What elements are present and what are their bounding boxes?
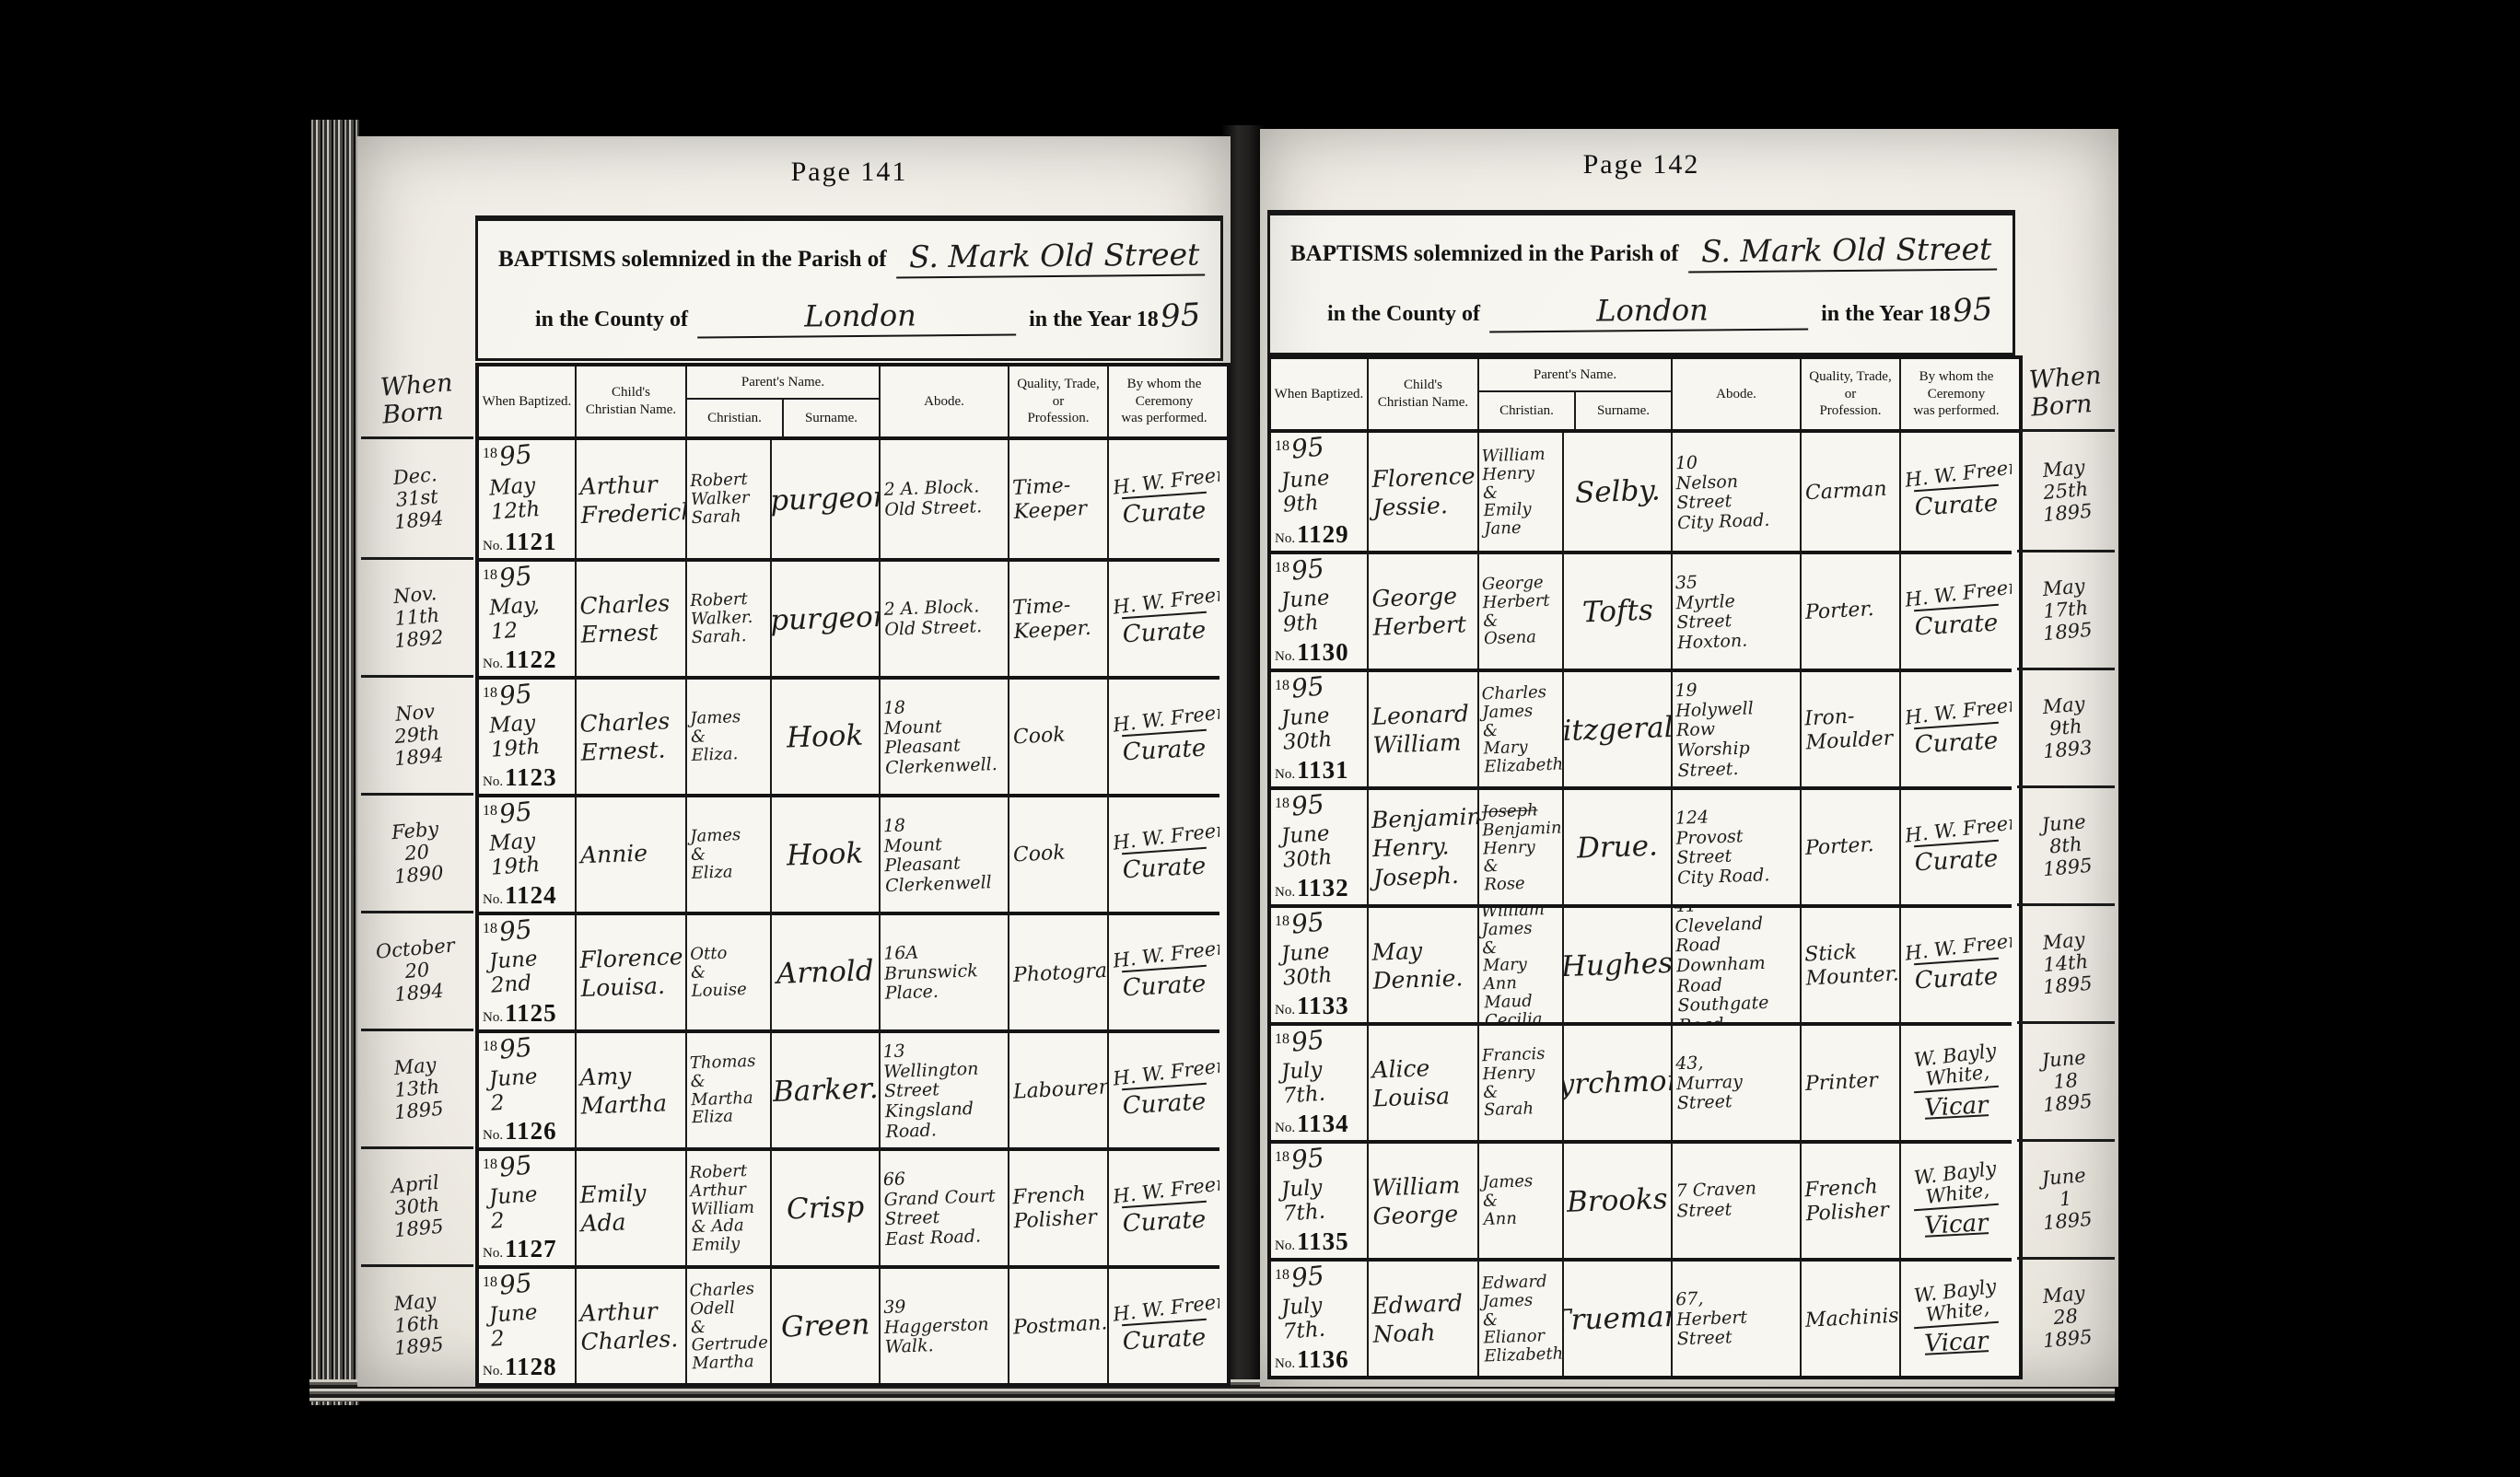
child-name-script: Annie [579, 839, 647, 870]
entry-number: No.1128 [483, 1355, 571, 1379]
child-name-script: LeonardWilliam [1371, 699, 1471, 760]
year-script: 95 [1160, 297, 1201, 335]
performer-title-script: Vicar [1904, 1326, 2008, 1359]
county-year-line: in the County of London in the Year 18 9… [1290, 292, 1992, 331]
child-name-script: ArthurCharles. [579, 1296, 679, 1356]
parents-christian-cell: RobertArthurWilliam& AdaEmily [687, 1147, 772, 1265]
entry-number: No.1135 [1275, 1230, 1363, 1254]
parents-christian-script: RobertArthurWilliam& AdaEmily [689, 1161, 755, 1254]
parents-christian-cell: WilliamHenry&EmilyJane [1479, 433, 1564, 551]
surname-script: Hook [787, 720, 864, 754]
profession-script: Labourer [1012, 1076, 1109, 1105]
child-name-cell: AmyMartha [577, 1029, 687, 1147]
register-header: BAPTISMS solemnized in the Parish of S. … [475, 215, 1223, 361]
child-name-script: ArthurFrederick [579, 469, 687, 530]
parents-christian-script: James&Eliza. [690, 708, 742, 764]
performer-signature: H. W. FreemanCurate [1113, 827, 1216, 882]
col-parents-name-title: Parent's Name. [1479, 359, 1671, 392]
baptism-date-script: June2 [481, 1299, 572, 1353]
baptism-date-script: June9th [1273, 465, 1364, 518]
abode-cell: 16ABrunswickPlace. [881, 912, 1009, 1029]
year-script: 95 [1952, 291, 1993, 330]
parents-christian-script: CharlesOdell&GertrudeMartha [689, 1279, 769, 1373]
baptized-cell: 1895May,12No.1122 [479, 558, 577, 676]
abode-cell: 10Nelson StreetCity Road. [1673, 433, 1802, 551]
profession-cell: Labourer [1009, 1029, 1109, 1147]
entry-number: No.1125 [483, 1002, 571, 1026]
col-parent-christian: Christian. [1479, 392, 1576, 429]
entry-no-label: No. [483, 657, 503, 672]
entry-number: No.1134 [1275, 1112, 1363, 1136]
entry-number: No.1132 [1275, 877, 1363, 901]
abode-script: 67,HerbertStreet [1675, 1287, 1748, 1350]
table-body: 1895May 12thNo.1121ArthurFrederickRobert… [479, 440, 1227, 1383]
entry-no-label: No. [483, 539, 503, 554]
baptism-year-script: 95 [1290, 910, 1325, 936]
baptism-year: 1895 [1275, 676, 1363, 699]
abode-script: 10Nelson StreetCity Road. [1675, 449, 1798, 533]
baptism-year-script: 95 [1290, 556, 1325, 583]
county-label: in the County of [1327, 302, 1480, 327]
born-cell: May25th1895 [2017, 432, 2115, 550]
parents-christian-script: EdwardJames&ElianorElizabeth [1481, 1272, 1563, 1366]
born-cell: Nov.11th1892 [361, 557, 473, 675]
baptism-year: 1895 [483, 444, 571, 467]
col-when-baptized: When Baptized. [1271, 359, 1369, 429]
baptism-year: 1895 [1275, 794, 1363, 817]
performer-cell: W. BaylyWhite,Vicar [1901, 1022, 2012, 1140]
table-header-row: When Baptized. Child's Christian Name. P… [1271, 359, 2019, 433]
col-abode: Abode. [1673, 359, 1802, 429]
entry-no-value: 1130 [1297, 641, 1349, 663]
baptism-date-script: May19th [481, 710, 572, 763]
abode-script: 41Cleveland RoadDownham RoadSouthgate Ro… [1674, 904, 1798, 1022]
entry-no-value: 1133 [1297, 994, 1349, 1017]
when-born-header-script: When Born [2028, 363, 2104, 423]
col-parents-subheader: Christian. Surname. [687, 400, 879, 436]
entry-number: No.1130 [1275, 641, 1363, 665]
performer-signature: W. BaylyWhite,Vicar [1905, 1281, 2008, 1356]
abode-cell: 41Cleveland RoadDownham RoadSouthgate Ro… [1673, 904, 1802, 1022]
entry-number: No.1127 [483, 1238, 571, 1262]
profession-script: Iron-Moulder [1804, 703, 1894, 756]
col-by-whom-ceremony: By whom the Ceremony was performed. [1109, 366, 1219, 436]
abode-script: 18Mount PleasantClerkenwell [883, 812, 1006, 896]
baptized-cell: 1895June2No.1128 [479, 1265, 577, 1383]
baptism-year-script: 95 [498, 1035, 533, 1062]
entry-no-label: No. [1275, 767, 1295, 783]
performer-title-script: Curate [1112, 616, 1216, 649]
performer-signature: H. W. FreemanCurate [1113, 471, 1216, 527]
baptism-year: 1895 [1275, 1029, 1363, 1053]
baptism-year: 1895 [483, 683, 571, 706]
entry-no-value: 1129 [1297, 523, 1349, 545]
abode-cell: 18Mount PleasantClerkenwell. [881, 676, 1009, 794]
child-name-cell: BenjaminHenry.Joseph. [1369, 786, 1479, 904]
parents-christian-cell: FrancisHenry&Sarah [1479, 1022, 1564, 1140]
entry-no-value: 1136 [1297, 1348, 1349, 1370]
profession-cell: Carman [1802, 433, 1901, 551]
child-name-script: WilliamGeorge [1371, 1170, 1462, 1231]
profession-cell: Printer [1802, 1022, 1901, 1140]
col-abode: Abode. [881, 366, 1009, 436]
profession-cell: Cook [1009, 794, 1109, 912]
parents-christian-script: CharlesJames&MaryElizabeth [1481, 682, 1563, 776]
year-label: in the Year 18 [1821, 302, 1951, 327]
surname-cell: Byrchmore [1564, 1022, 1673, 1140]
surname-script: Tofts [1581, 595, 1653, 629]
born-cell: May9th1893 [2017, 668, 2115, 785]
baptisms-table: When Baptized. Child's Christian Name. P… [475, 363, 1231, 1387]
born-cell: June8th1895 [2017, 785, 2115, 903]
entry-no-label: No. [483, 774, 503, 790]
performer-cell: H. W. FreemanCurate [1109, 558, 1219, 676]
surname-script: Byrchmore [1564, 1064, 1673, 1101]
surname-cell: Trueman [1564, 1258, 1673, 1376]
printed-year-prefix: 18 [1275, 558, 1289, 576]
born-cell: June181895 [2017, 1021, 2115, 1139]
performer-title-script: Curate [1904, 609, 2008, 642]
born-cell: May281895 [2017, 1257, 2115, 1375]
abode-script: 18Mount PleasantClerkenwell. [883, 694, 1006, 778]
parents-christian-script: WilliamJames&Mary AnnMaudCecilia [1481, 904, 1561, 1022]
when-born-cells: May25th1895May17th1895May9th1893June8th1… [2017, 432, 2115, 1375]
entry-number: No.1126 [483, 1120, 571, 1144]
printed-year-prefix: 18 [1275, 1265, 1289, 1284]
baptism-year-script: 95 [1290, 1146, 1325, 1172]
born-cell: Feby201890 [361, 793, 473, 911]
right-page: Page 142 BAPTISMS solemnized in the Pari… [1260, 129, 2118, 1387]
born-cell: Nov29th1894 [361, 675, 473, 793]
born-date-script: October201894 [375, 935, 460, 1008]
born-date-script: May9th1893 [2038, 692, 2094, 763]
left-page: Page 141 BAPTISMS solemnized in the Pari… [357, 136, 1231, 1387]
child-name-cell: GeorgeHerbert [1369, 551, 1479, 669]
baptism-date-script: June9th [1273, 585, 1364, 638]
parents-christian-cell: James&Eliza. [687, 676, 772, 794]
parish-line: BAPTISMS solemnized in the Parish of S. … [498, 238, 1200, 277]
entry-no-value: 1127 [505, 1238, 557, 1260]
profession-script: Photographer. [1012, 957, 1109, 989]
profession-cell: Porter. [1802, 551, 1901, 669]
born-date-script: April30th1895 [390, 1171, 445, 1242]
surname-cell: Brooks [1564, 1140, 1673, 1258]
profession-script: Time-Keeper. [1012, 592, 1092, 645]
abode-cell: 13WellingtonStreetKingsland Road. [881, 1029, 1009, 1147]
abode-script: 13WellingtonStreetKingsland Road. [882, 1039, 1006, 1143]
entry-no-value: 1123 [505, 766, 557, 788]
performer-title-script: Vicar [1904, 1090, 2008, 1123]
baptism-year-script: 95 [498, 1271, 533, 1297]
parish-name-script: S. Mark Old Street [1687, 231, 1997, 273]
baptism-year-script: 95 [498, 564, 533, 590]
parents-christian-script: GeorgeHerbert&Osena [1482, 574, 1552, 649]
parents-christian-cell: James&Ann [1479, 1140, 1564, 1258]
performer-title-script: Curate [1112, 1323, 1216, 1356]
profession-script: Porter. [1804, 833, 1874, 861]
profession-script: Postman. [1012, 1311, 1108, 1341]
child-name-cell: FlorenceLouisa. [577, 912, 687, 1029]
abode-script: 2 A. Block.Old Street. [883, 598, 982, 641]
child-name-cell: FlorenceJessie. [1369, 433, 1479, 551]
performer-cell: H. W. FreemanCurate [1901, 551, 2012, 669]
register-title: BAPTISMS solemnized in the Parish of [1290, 241, 1679, 267]
year-label: in the Year 18 [1029, 308, 1159, 332]
parents-christian-script: Otto&Louise [690, 944, 747, 1000]
when-born-header: When Born [361, 363, 473, 439]
baptism-year-script: 95 [1290, 435, 1325, 461]
baptism-year-script: 95 [1290, 1028, 1325, 1054]
abode-script: 43,MurrayStreet [1675, 1052, 1744, 1113]
abode-cell: 19HolywellRowWorship Street. [1673, 669, 1802, 786]
surname-cell: Hook [772, 794, 881, 912]
entry-no-label: No. [1275, 1239, 1295, 1254]
county-script: London [697, 297, 1016, 338]
baptism-year: 1895 [483, 1037, 571, 1060]
surname-cell: Hughes [1564, 904, 1673, 1022]
profession-cell: Iron-Moulder [1802, 669, 1901, 786]
performer-title-script: Curate [1904, 962, 2008, 995]
baptism-date-script: June30th [1273, 703, 1364, 756]
performer-signature: H. W. FreemanCurate [1113, 945, 1216, 1000]
baptism-year: 1895 [1275, 1265, 1363, 1288]
child-name-script: EdwardNoah [1371, 1288, 1464, 1349]
performer-title-script: Curate [1112, 970, 1216, 1003]
child-name-script: BenjaminHenry.Joseph. [1371, 802, 1479, 892]
parents-christian-cell: RobertWalker.Sarah. [687, 558, 772, 676]
performer-cell: H. W. FreemanCurate [1109, 676, 1219, 794]
surname-cell: Drue. [1564, 786, 1673, 904]
performer-signature: H. W. FreemanCurate [1113, 709, 1216, 764]
abode-cell: 2 A. Block.Old Street. [881, 440, 1009, 558]
baptism-year-script: 95 [1290, 792, 1325, 819]
printed-year-prefix: 18 [1275, 912, 1289, 930]
baptized-cell: 1895June30thNo.1133 [1271, 904, 1369, 1022]
col-quality-trade-profession: Quality, Trade, or Profession. [1009, 366, 1109, 436]
child-name-cell: AliceLouisa [1369, 1022, 1479, 1140]
baptized-cell: 1895June9thNo.1130 [1271, 551, 1369, 669]
abode-cell: 18Mount PleasantClerkenwell [881, 794, 1009, 912]
surname-cell: Arnold [772, 912, 881, 1029]
child-name-cell: ArthurCharles. [577, 1265, 687, 1383]
col-parents-name-group: Parent's Name. Christian. Surname. [1479, 359, 1673, 429]
profession-script: Printer [1804, 1069, 1878, 1097]
baptism-year: 1895 [483, 919, 571, 942]
col-parent-surname: Surname. [1576, 392, 1671, 429]
parents-christian-cell: CharlesOdell&GertrudeMartha [687, 1265, 772, 1383]
abode-script: 39HaggerstonWalk. [883, 1295, 990, 1358]
printed-year-prefix: 18 [1275, 1029, 1289, 1048]
profession-cell: Time-Keeper [1009, 440, 1109, 558]
born-date-script: Dec.31st1894 [390, 463, 445, 534]
born-cell: May13th1895 [361, 1029, 473, 1146]
baptized-cell: 1895June2No.1126 [479, 1029, 577, 1147]
when-born-header: When Born [2017, 355, 2115, 432]
book-page-edges [309, 120, 359, 1405]
performer-cell: H. W. FreemanCurate [1109, 1265, 1219, 1383]
born-date-script: June11895 [2038, 1164, 2094, 1235]
performer-signature: H. W. FreemanCurate [1905, 584, 2008, 639]
baptism-date-script: July7th. [1273, 1056, 1364, 1110]
baptism-year: 1895 [483, 1273, 571, 1296]
surname-script: Brooks [1567, 1183, 1669, 1218]
entry-number: No.1122 [483, 648, 571, 672]
surname-script: Arnold [776, 955, 875, 990]
born-date-script: Nov.11th1892 [390, 582, 445, 653]
performer-title-script: Vicar [1904, 1208, 2008, 1241]
printed-year-prefix: 18 [483, 444, 497, 462]
abode-script: 19HolywellRowWorship Street. [1674, 678, 1798, 782]
baptism-year-script: 95 [498, 1153, 533, 1180]
child-name-cell: MayDennie. [1369, 904, 1479, 1022]
surname-cell: Selby. [1564, 433, 1673, 551]
entry-number: No.1121 [483, 530, 571, 554]
child-name-cell: CharlesErnest. [577, 676, 687, 794]
entry-number: No.1123 [483, 766, 571, 790]
abode-cell: 66Grand CourtStreetEast Road. [881, 1147, 1009, 1265]
profession-cell: Time-Keeper. [1009, 558, 1109, 676]
printed-year-prefix: 18 [1275, 436, 1289, 455]
printed-year-prefix: 18 [483, 801, 497, 820]
performer-title-script: Curate [1904, 489, 2008, 522]
entry-no-label: No. [483, 892, 503, 908]
surname-script: Trueman [1564, 1300, 1673, 1336]
printed-year-prefix: 18 [1275, 794, 1289, 812]
printed-year-prefix: 18 [483, 1155, 497, 1173]
baptism-date-script: July7th. [1273, 1174, 1364, 1227]
parents-christian-script: JosephBenjaminHenry&Rose [1481, 800, 1564, 894]
parish-line: BAPTISMS solemnized in the Parish of S. … [1290, 232, 1992, 272]
surname-script: Spurgeon. [772, 481, 881, 518]
performer-cell: H. W. FreemanCurate [1109, 1147, 1219, 1265]
col-parent-surname: Surname. [784, 400, 879, 436]
profession-cell: Machinist [1802, 1258, 1901, 1376]
abode-cell: 39HaggerstonWalk. [881, 1265, 1009, 1383]
county-label: in the County of [535, 308, 688, 332]
performer-signature: H. W. FreemanCurate [1905, 464, 2008, 519]
profession-cell: Porter. [1802, 786, 1901, 904]
born-date-script: May17th1895 [2038, 575, 2094, 645]
baptized-cell: 1895May19thNo.1124 [479, 794, 577, 912]
page-number: Page 142 [1267, 149, 2015, 180]
born-cell: May17th1895 [2017, 550, 2115, 668]
baptism-year: 1895 [1275, 436, 1363, 459]
parents-christian-cell: WilliamJames&Mary AnnMaudCecilia [1479, 904, 1564, 1022]
register-header: BAPTISMS solemnized in the Parish of S. … [1267, 210, 2015, 355]
printed-year-prefix: 18 [483, 683, 497, 702]
baptism-year-script: 95 [498, 442, 533, 469]
baptized-cell: 1895June30thNo.1132 [1271, 786, 1369, 904]
parents-christian-cell: GeorgeHerbert&Osena [1479, 551, 1564, 669]
col-when-baptized: When Baptized. [479, 366, 577, 436]
abode-cell: 2 A. Block.Old Street. [881, 558, 1009, 676]
profession-cell: Photographer. [1009, 912, 1109, 1029]
performer-signature: H. W. FreemanCurate [1113, 1180, 1216, 1236]
profession-cell: FrenchPolisher [1009, 1147, 1109, 1265]
performer-signature: H. W. FreemanCurate [1113, 1063, 1216, 1118]
table-header-row: When Baptized. Child's Christian Name. P… [479, 366, 1227, 440]
child-name-script: CharlesErnest [579, 588, 671, 649]
entry-no-value: 1122 [505, 648, 557, 670]
entry-no-value: 1124 [505, 884, 557, 906]
performer-cell: H. W. FreemanCurate [1109, 1029, 1219, 1147]
profession-cell: Postman. [1009, 1265, 1109, 1383]
entry-no-label: No. [483, 1364, 503, 1379]
surname-script: Selby. [1574, 474, 1661, 508]
performer-name-script: W. BaylyWhite, [1903, 1157, 2011, 1209]
parents-christian-script: James&Eliza [690, 826, 742, 882]
baptized-cell: 1895May 12thNo.1121 [479, 440, 577, 558]
surname-script: Fitzgerald [1564, 711, 1673, 748]
entry-number: No.1129 [1275, 523, 1363, 547]
performer-signature: H. W. FreemanCurate [1905, 702, 2008, 757]
surname-cell: Fitzgerald [1564, 669, 1673, 786]
baptized-cell: 1895June9thNo.1129 [1271, 433, 1369, 551]
child-name-script: CharlesErnest. [579, 706, 671, 767]
entry-no-label: No. [1275, 649, 1295, 665]
parents-christian-script: RobertWalkerSarah [690, 471, 751, 528]
baptism-date-script: June2 [481, 1064, 572, 1117]
profession-script: Porter. [1804, 598, 1874, 625]
baptism-year-script: 95 [1290, 674, 1325, 701]
surname-cell: Green [772, 1265, 881, 1383]
entry-no-label: No. [1275, 885, 1295, 901]
born-date-script: May16th1895 [390, 1289, 445, 1360]
child-name-script: GeorgeHerbert [1371, 581, 1466, 642]
scanned-baptism-register-spread: Page 141 BAPTISMS solemnized in the Pari… [0, 0, 2520, 1477]
born-cell: April30th1895 [361, 1146, 473, 1264]
born-date-script: Nov29th1894 [390, 700, 445, 771]
register-title: BAPTISMS solemnized in the Parish of [498, 247, 887, 273]
baptized-cell: 1895June2ndNo.1125 [479, 912, 577, 1029]
entry-number: No.1124 [483, 884, 571, 908]
performer-title-script: Curate [1112, 496, 1216, 529]
performer-name-script: W. BaylyWhite, [1903, 1039, 2011, 1091]
performer-name-script: W. BaylyWhite, [1903, 1274, 2011, 1327]
parents-christian-script: Thomas&MarthaEliza [690, 1053, 758, 1128]
entry-no-label: No. [1275, 1121, 1295, 1136]
entry-no-value: 1132 [1297, 877, 1349, 899]
county-script: London [1489, 291, 1808, 332]
child-name-script: FlorenceLouisa. [579, 942, 684, 1003]
surname-script: Hook [787, 838, 864, 872]
abode-cell: 67,HerbertStreet [1673, 1258, 1802, 1376]
profession-cell: StickMounter. [1802, 904, 1901, 1022]
born-date-script: May13th1895 [390, 1053, 445, 1124]
child-name-cell: EmilyAda [577, 1147, 687, 1265]
baptism-date-script: June2 [481, 1181, 572, 1235]
surname-script: Hughes [1564, 948, 1673, 983]
page-number: Page 141 [475, 157, 1223, 188]
parents-christian-cell: JosephBenjaminHenry&Rose [1479, 786, 1564, 904]
born-date-script: June181895 [2038, 1046, 2094, 1117]
performer-signature: W. BaylyWhite,Vicar [1905, 1163, 2008, 1239]
profession-script: StickMounter. [1804, 938, 1900, 992]
baptism-date-script: July7th. [1273, 1292, 1364, 1345]
parish-name-script: S. Mark Old Street [895, 237, 1205, 279]
born-cell: May14th1895 [2017, 903, 2115, 1021]
parents-christian-cell: Otto&Louise [687, 912, 772, 1029]
parents-christian-script: RobertWalker.Sarah. [690, 590, 753, 647]
performer-title-script: Curate [1112, 1205, 1216, 1239]
parents-christian-cell: Thomas&MarthaEliza [687, 1029, 772, 1147]
baptism-year: 1895 [1275, 1147, 1363, 1170]
performer-title-script: Curate [1112, 734, 1216, 767]
profession-cell: FrenchPolisher [1802, 1140, 1901, 1258]
born-cell: May16th1895 [361, 1264, 473, 1382]
baptized-cell: 1895May19thNo.1123 [479, 676, 577, 794]
table-body: 1895June9thNo.1129FlorenceJessie.William… [1271, 433, 2019, 1376]
